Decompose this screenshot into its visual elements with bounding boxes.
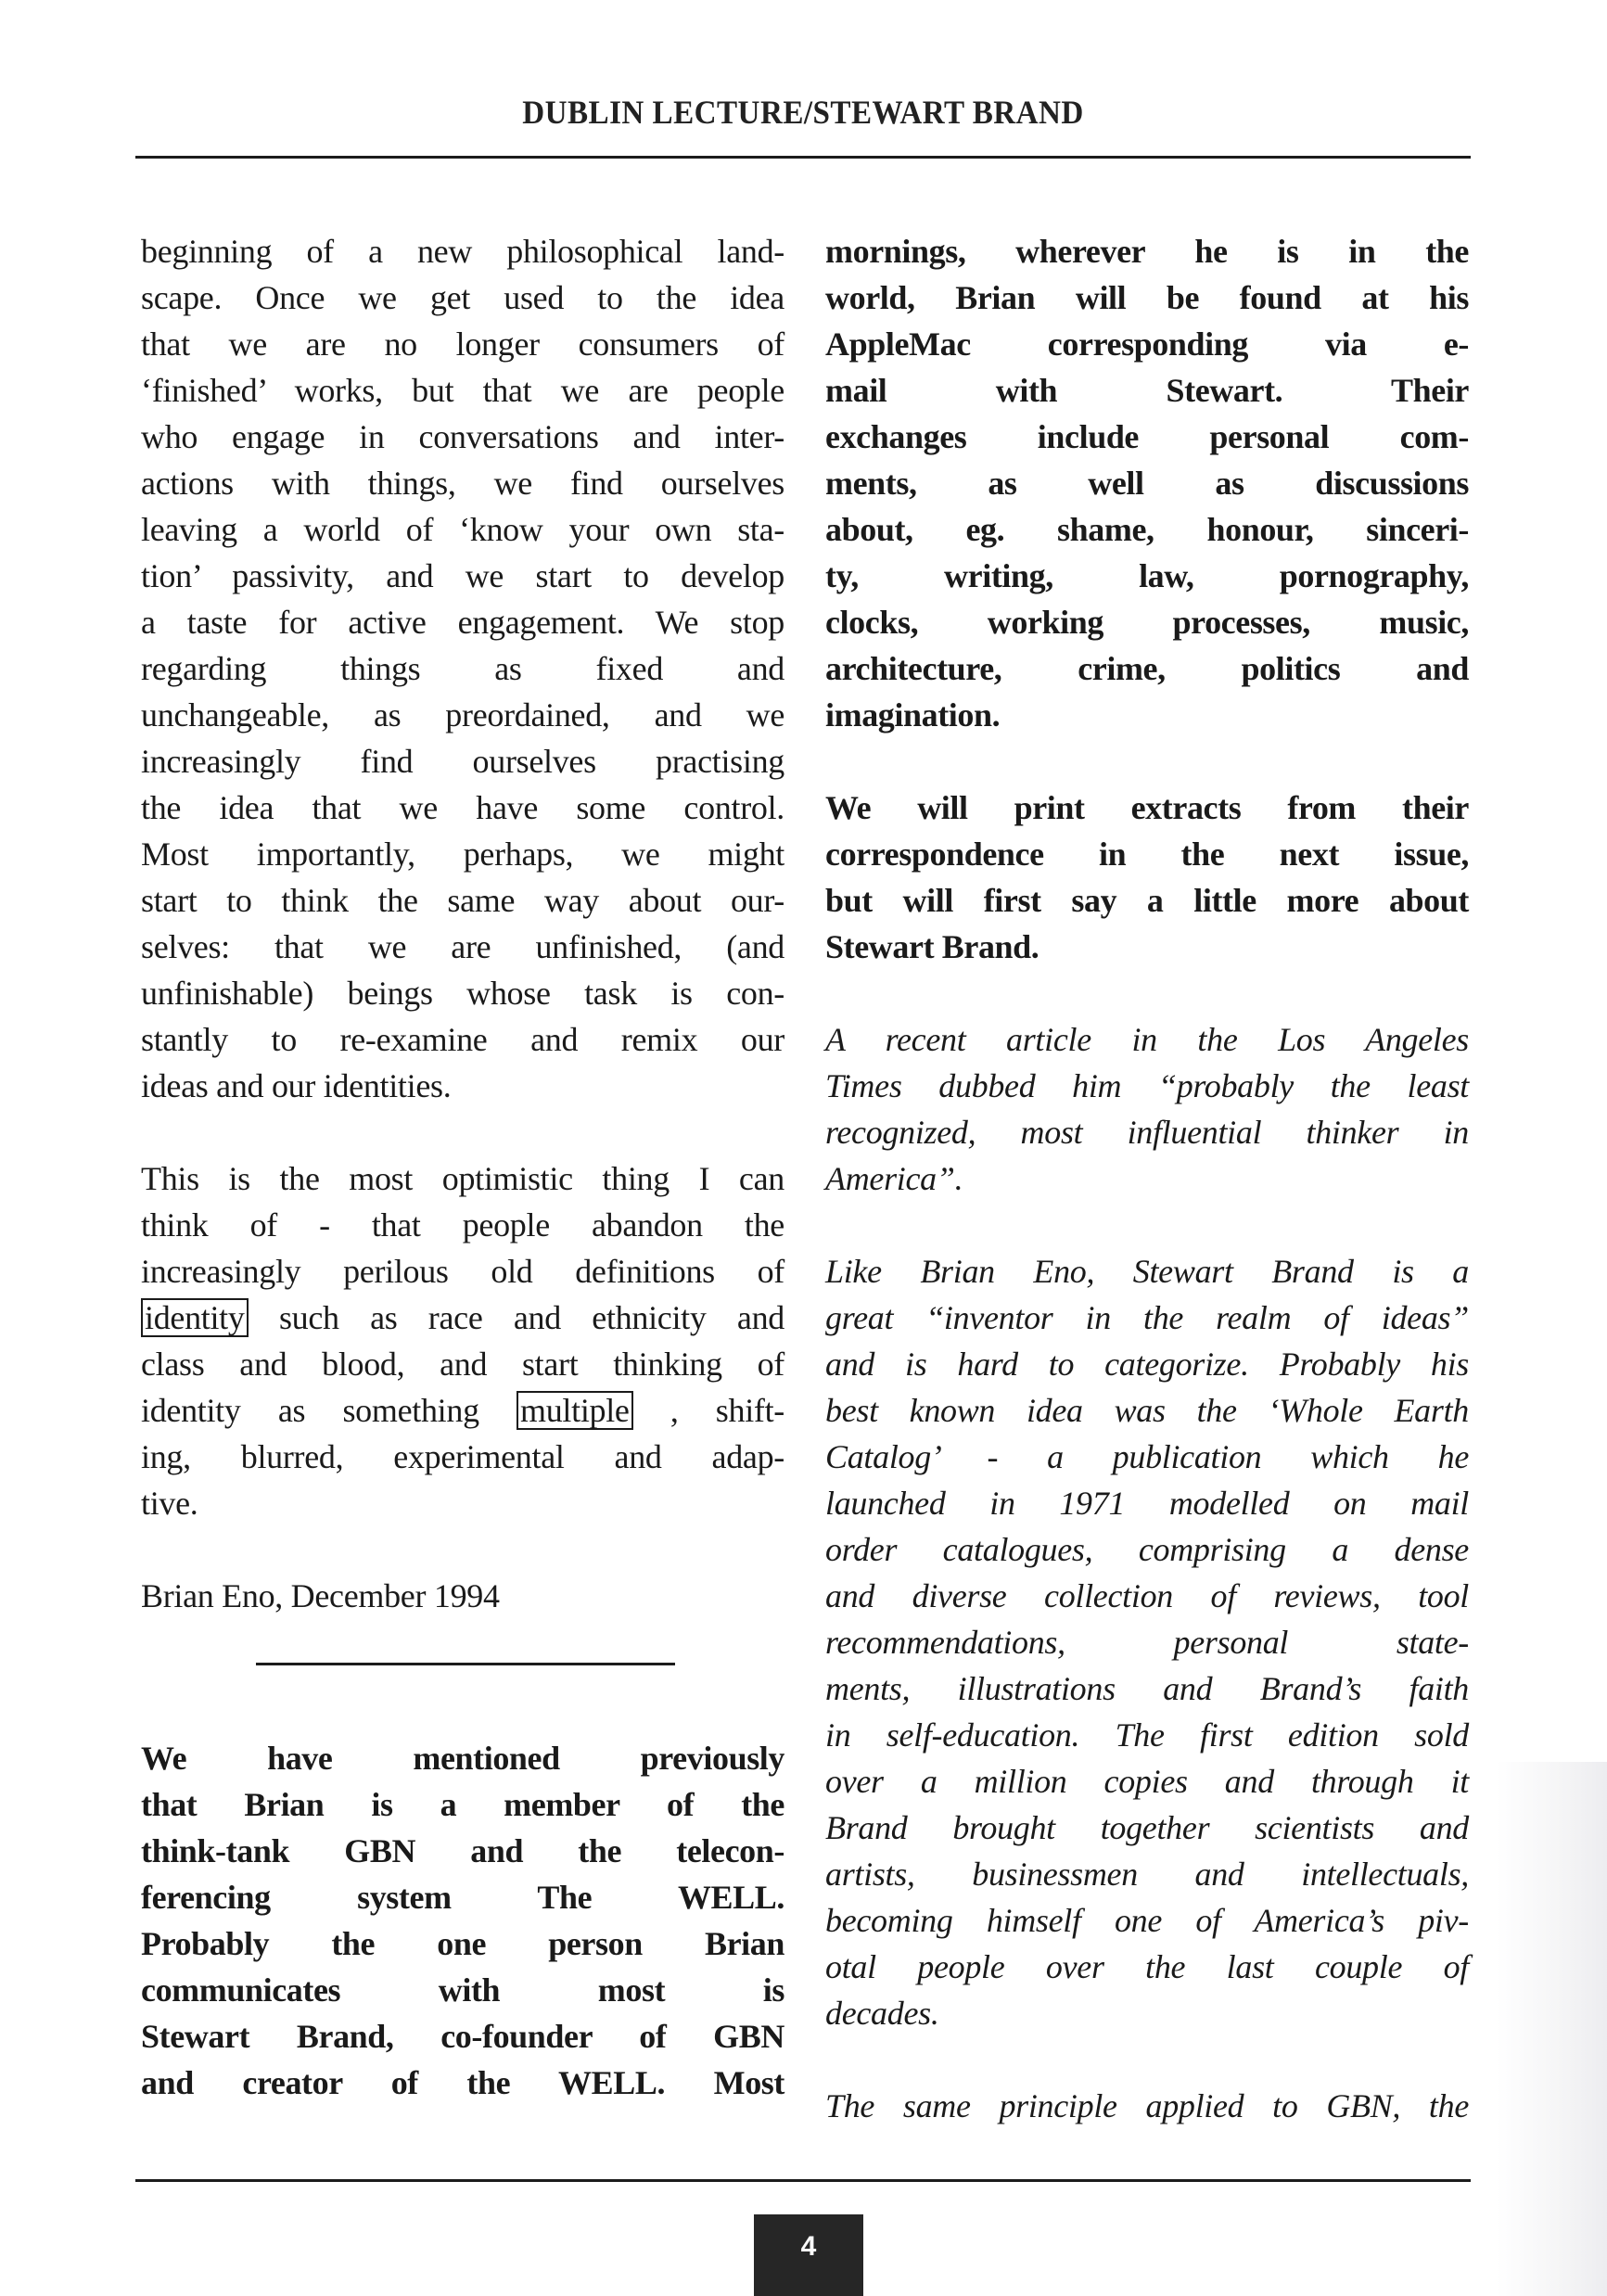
text-line: Most importantly, perhaps, we might: [141, 831, 784, 877]
eno-essay-paragraph-2: This is the most optimistic thing I can …: [141, 1155, 784, 1526]
text-line: clocks, working processes, music,: [825, 599, 1469, 645]
text-line: a taste for active engagement. We stop: [141, 599, 784, 645]
text-line: class and blood, and start thinking of: [141, 1341, 784, 1387]
paragraph-gap: [141, 1526, 784, 1573]
text-line: and diverse collection of reviews, tool: [825, 1573, 1469, 1619]
stewart-brand-bio: Like Brian Eno, Stewart Brand is a great…: [825, 1248, 1469, 2036]
text-line: and is hard to categorize. Probably his: [825, 1341, 1469, 1387]
text-line: start to think the same way about our-: [141, 877, 784, 924]
text-line: ments, illustrations and Brand’s faith: [825, 1665, 1469, 1712]
header-rule: [135, 156, 1471, 159]
text-line: correspondence in the next issue,: [825, 831, 1469, 877]
text-line-with-boxed-word: identity as something multiple , shift-: [141, 1387, 784, 1434]
text-line: exchanges include personal com-: [825, 414, 1469, 460]
text-line: ‘finished’ works, but that we are people: [141, 367, 784, 414]
text-line: launched in 1971 modelled on mail: [825, 1480, 1469, 1526]
text-line: increasingly find ourselves practising: [141, 738, 784, 784]
text-line: unfinishable) beings whose task is con-: [141, 970, 784, 1016]
paragraph-gap: [825, 738, 1469, 784]
paragraph-gap: [825, 970, 1469, 1016]
text-line-with-boxed-word: identity such as race and ethnicity and: [141, 1295, 784, 1341]
boxed-word-identity: identity: [141, 1298, 249, 1337]
text-line: who engage in conversations and inter-: [141, 414, 784, 460]
text-line: ments, as well as discussions: [825, 460, 1469, 506]
text-line: great “inventor in the realm of ideas”: [825, 1295, 1469, 1341]
text-line: We will print extracts from their: [825, 784, 1469, 831]
paragraph-gap: [825, 2036, 1469, 2083]
page-number: 4: [754, 2214, 863, 2296]
text-line: recommendations, personal state-: [825, 1619, 1469, 1665]
text-line: ty, writing, law, pornography,: [825, 553, 1469, 599]
text-line: Like Brian Eno, Stewart Brand is a: [825, 1248, 1469, 1295]
running-header-title: DUBLIN LECTURE/STEWART BRAND: [189, 93, 1418, 132]
paragraph-gap: [825, 1202, 1469, 1248]
text-line: think of - that people abandon the: [141, 1202, 784, 1248]
boxed-word-multiple: multiple: [517, 1391, 633, 1430]
scan-edge-shading: [1496, 1762, 1607, 2296]
text-line: artists, businessmen and intellectuals,: [825, 1851, 1469, 1897]
section-separator-rule: [256, 1663, 675, 1665]
right-column: mornings, wherever he is in the world, B…: [825, 228, 1469, 2129]
text-line: selves: that we are unfinished, (and: [141, 924, 784, 970]
text-line: imagination.: [825, 692, 1469, 738]
text-line: recognized, most influential thinker in: [825, 1109, 1469, 1155]
left-column: beginning of a new philosophical land- s…: [141, 228, 784, 2106]
text-line: leaving a world of ‘know your own sta-: [141, 506, 784, 553]
text-line: actions with things, we find ourselves: [141, 460, 784, 506]
text-line: the idea that we have some control.: [141, 784, 784, 831]
text-line: that we are no longer consumers of: [141, 321, 784, 367]
text-line: about, eg. shame, honour, sinceri-: [825, 506, 1469, 553]
text-line: ing, blurred, experimental and adap-: [141, 1434, 784, 1480]
text-line: Catalog’ - a publication which he: [825, 1434, 1469, 1480]
text-line: decades.: [825, 1990, 1469, 2036]
footer-rule: [135, 2179, 1471, 2182]
editorial-note: We will print extracts from their corres…: [825, 784, 1469, 970]
text-line: Times dubbed him “probably the least: [825, 1063, 1469, 1109]
text-line: tion’ passivity, and we start to develop: [141, 553, 784, 599]
text-line: AppleMac corresponding via e-: [825, 321, 1469, 367]
text-line: and creator of the WELL. Most: [141, 2060, 784, 2106]
text-line: over a million copies and through it: [825, 1758, 1469, 1805]
text-line: world, Brian will be found at his: [825, 274, 1469, 321]
text-fragment: identity as something: [141, 1392, 517, 1429]
text-line: communicates with most is: [141, 1967, 784, 2013]
text-line: We have mentioned previously: [141, 1735, 784, 1781]
text-line: increasingly perilous old definitions of: [141, 1248, 784, 1295]
author-signature: Brian Eno, December 1994: [141, 1573, 784, 1619]
paragraph-gap: [141, 1109, 784, 1155]
text-fragment: , shift-: [633, 1392, 784, 1429]
text-line: tive.: [141, 1480, 784, 1526]
text-line: Stewart Brand, co-founder of GBN: [141, 2013, 784, 2060]
eno-essay-paragraph-1: beginning of a new philosophical land- s…: [141, 228, 784, 1109]
text-line: unchangeable, as preordained, and we: [141, 692, 784, 738]
text-line: that Brian is a member of the: [141, 1781, 784, 1828]
text-line: order catalogues, comprising a dense: [825, 1526, 1469, 1573]
text-line: ideas and our identities.: [141, 1063, 784, 1109]
text-line: architecture, crime, politics and: [825, 645, 1469, 692]
text-line: scape. Once we get used to the idea: [141, 274, 784, 321]
text-line: beginning of a new philosophical land-: [141, 228, 784, 274]
text-line: otal people over the last couple of: [825, 1944, 1469, 1990]
text-line: best known idea was the ‘Whole Earth: [825, 1387, 1469, 1434]
text-line: This is the most optimistic thing I can: [141, 1155, 784, 1202]
text-line: A recent article in the Los Angeles: [825, 1016, 1469, 1063]
text-line: mornings, wherever he is in the: [825, 228, 1469, 274]
text-line: becoming himself one of America’s piv-: [825, 1897, 1469, 1944]
text-line: Stewart Brand.: [825, 924, 1469, 970]
editorial-continued: mornings, wherever he is in the world, B…: [825, 228, 1469, 738]
text-line: in self-education. The first edition sol…: [825, 1712, 1469, 1758]
section-gap: [141, 1619, 784, 1735]
text-line: The same principle applied to GBN, the: [825, 2083, 1469, 2129]
text-line: America”.: [825, 1155, 1469, 1202]
text-line: mail with Stewart. Their: [825, 367, 1469, 414]
editorial-intro: We have mentioned previously that Brian …: [141, 1735, 784, 2106]
text-line: stantly to re-examine and remix our: [141, 1016, 784, 1063]
la-times-quote: A recent article in the Los Angeles Time…: [825, 1016, 1469, 1202]
text-line: regarding things as fixed and: [141, 645, 784, 692]
text-line: but will first say a little more about: [825, 877, 1469, 924]
text-line: ferencing system The WELL.: [141, 1874, 784, 1920]
text-fragment: such as race and ethnicity and: [249, 1299, 784, 1336]
text-line: Brand brought together scientists and: [825, 1805, 1469, 1851]
gbn-paragraph: The same principle applied to GBN, the: [825, 2083, 1469, 2129]
text-line: Probably the one person Brian: [141, 1920, 784, 1967]
text-line: think-tank GBN and the telecon-: [141, 1828, 784, 1874]
